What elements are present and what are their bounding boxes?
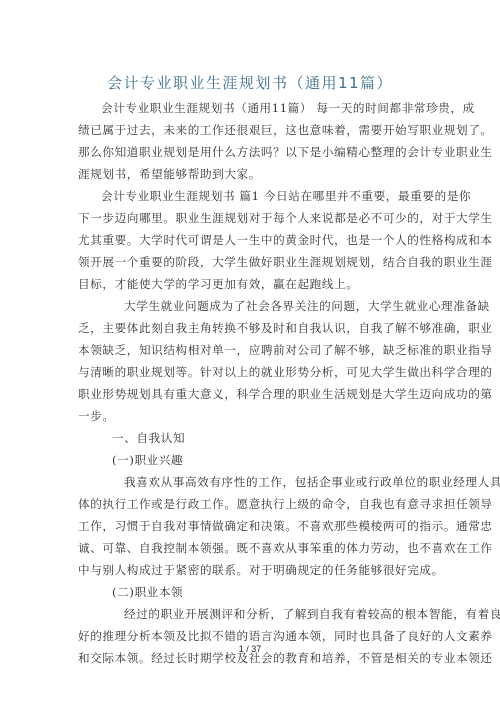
text-line: 工作，习惯于自我对事情做确定和决策。不喜欢那些模棱两可的指示。通常忠: [78, 515, 424, 537]
text-line: 诚、可靠、自我控制本领强。既不喜欢从事笨重的体力劳动，也不喜欢在工作: [78, 537, 424, 559]
document-page: 会计专业职业生涯规划书（通用11篇） 会计专业职业生涯规划书（通用11篇） 每一…: [0, 0, 500, 707]
text-line: (一)职业兴趣: [78, 449, 424, 471]
text-line: 一、自我认知: [78, 427, 424, 449]
text-line: 那么你知道职业规划是用什么方法吗？以下是小编精心整理的会计专业职业生: [78, 141, 424, 163]
text-line: 与清晰的职业规划等。针对以上的就业形势分析，可见大学生做出科学合理的: [78, 361, 424, 383]
text-line: 下一步迈向哪里。职业生涯规划对于每个人来说都是必不可少的，对于大学生: [78, 207, 424, 229]
text-line: 我喜欢从事高效有序性的工作，包括企事业或行政单位的职业经理人具: [78, 471, 424, 493]
text-line: 职业形势规划具有重大意义，科学合理的职业生活规划是大学生迈向成功的第: [78, 383, 424, 405]
text-line: 目标，才能使大学的学习更加有效，赢在起跑线上。: [78, 273, 424, 295]
text-line: 会计专业职业生涯规划书（通用11篇） 每一天的时间都非常珍贵，成: [78, 97, 424, 119]
text-line: 涯规划书，希望能够帮助到大家。: [78, 163, 424, 185]
text-line: 本领缺乏，知识结构相对单一，应聘前对公司了解不够，缺乏标准的职业指导: [78, 339, 424, 361]
text-line: 体的执行工作或是行政工作。愿意执行上级的命令，自我也有意寻求担任领导: [78, 493, 424, 515]
text-line: 经过的职业开展测评和分析，了解到自我有着较高的根本智能，有着良: [78, 603, 424, 625]
text-line: 大学生就业问题成为了社会各界关注的问题，大学生就业心理准备缺: [78, 295, 424, 317]
text-line: 领开展一个重要的阶段，大学生做好职业生涯规划规划，结合自我的职业生涯: [78, 251, 424, 273]
document-title: 会计专业职业生涯规划书（通用11篇）: [0, 72, 500, 93]
text-line: 中与别人构成过于紧密的联系。对于明确规定的任务能够很好完成。: [78, 559, 424, 581]
page-indicator: 1 / 37: [0, 644, 500, 654]
text-line: (二)职业本领: [78, 581, 424, 603]
text-line: 一步。: [78, 405, 424, 427]
text-line: 尤其重要。大学时代可谓是人一生中的黄金时代，也是一个人的性格构成和本: [78, 229, 424, 251]
text-line: 乏，主要体此刻自我主角转换不够及时和自我认识，自我了解不够准确，职业: [78, 317, 424, 339]
document-body: 会计专业职业生涯规划书（通用11篇） 每一天的时间都非常珍贵，成绩已属于过去，未…: [78, 97, 424, 669]
text-line: 绩已属于过去，未来的工作还很艰巨，这也意味着，需要开始写职业规划了。: [78, 119, 424, 141]
text-line: 会计专业职业生涯规划书 篇1 今日站在哪里并不重要，最重要的是你: [78, 185, 424, 207]
